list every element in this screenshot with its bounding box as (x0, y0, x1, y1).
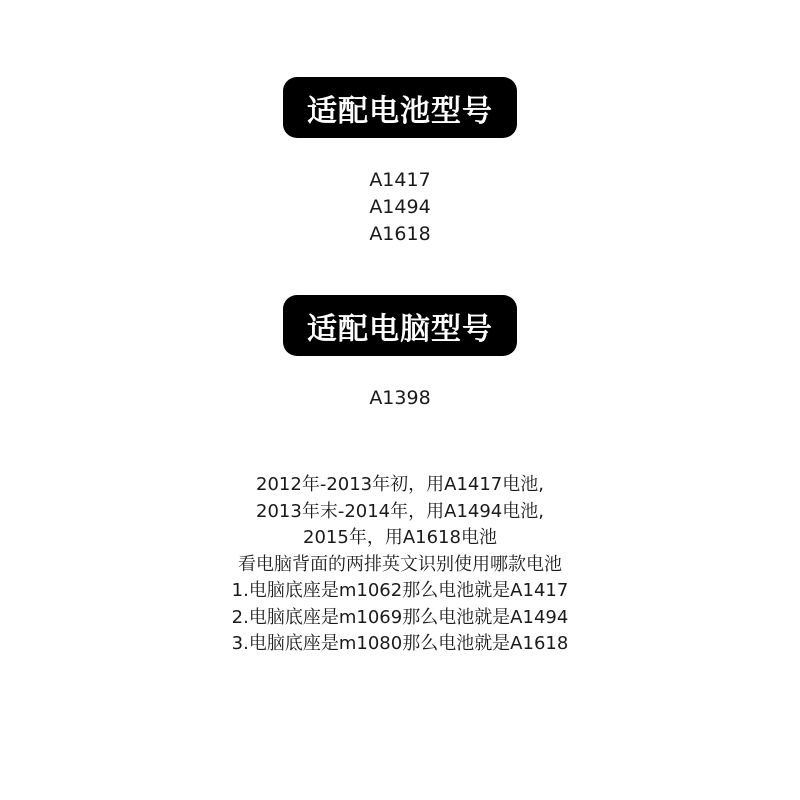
note-line: 1.电脑底座是m1062那么电池就是A1417 (0, 578, 800, 605)
note-line: 看电脑背面的两排英文识别使用哪款电池 (0, 552, 800, 579)
laptop-models-title: 适配电脑型号 (307, 304, 493, 348)
battery-model-list: A1417 A1494 A1618 (0, 167, 800, 248)
note-line: 3.电脑底座是m1080那么电池就是A1618 (0, 631, 800, 658)
battery-model-item: A1618 (0, 221, 800, 248)
laptop-model-item: A1398 (0, 385, 800, 412)
battery-model-item: A1417 (0, 167, 800, 194)
note-line: 2012年-2013年初，用A1417电池, (0, 472, 800, 499)
battery-models-title: 适配电池型号 (307, 86, 493, 130)
compatibility-notes: 2012年-2013年初，用A1417电池, 2013年末-2014年，用A14… (0, 472, 800, 658)
laptop-models-heading: 适配电脑型号 (283, 295, 517, 356)
battery-models-heading: 适配电池型号 (283, 77, 517, 138)
battery-model-item: A1494 (0, 194, 800, 221)
note-line: 2015年，用A1618电池 (0, 525, 800, 552)
laptop-model-list: A1398 (0, 385, 800, 412)
note-line: 2.电脑底座是m1069那么电池就是A1494 (0, 605, 800, 632)
note-line: 2013年末-2014年，用A1494电池, (0, 499, 800, 526)
